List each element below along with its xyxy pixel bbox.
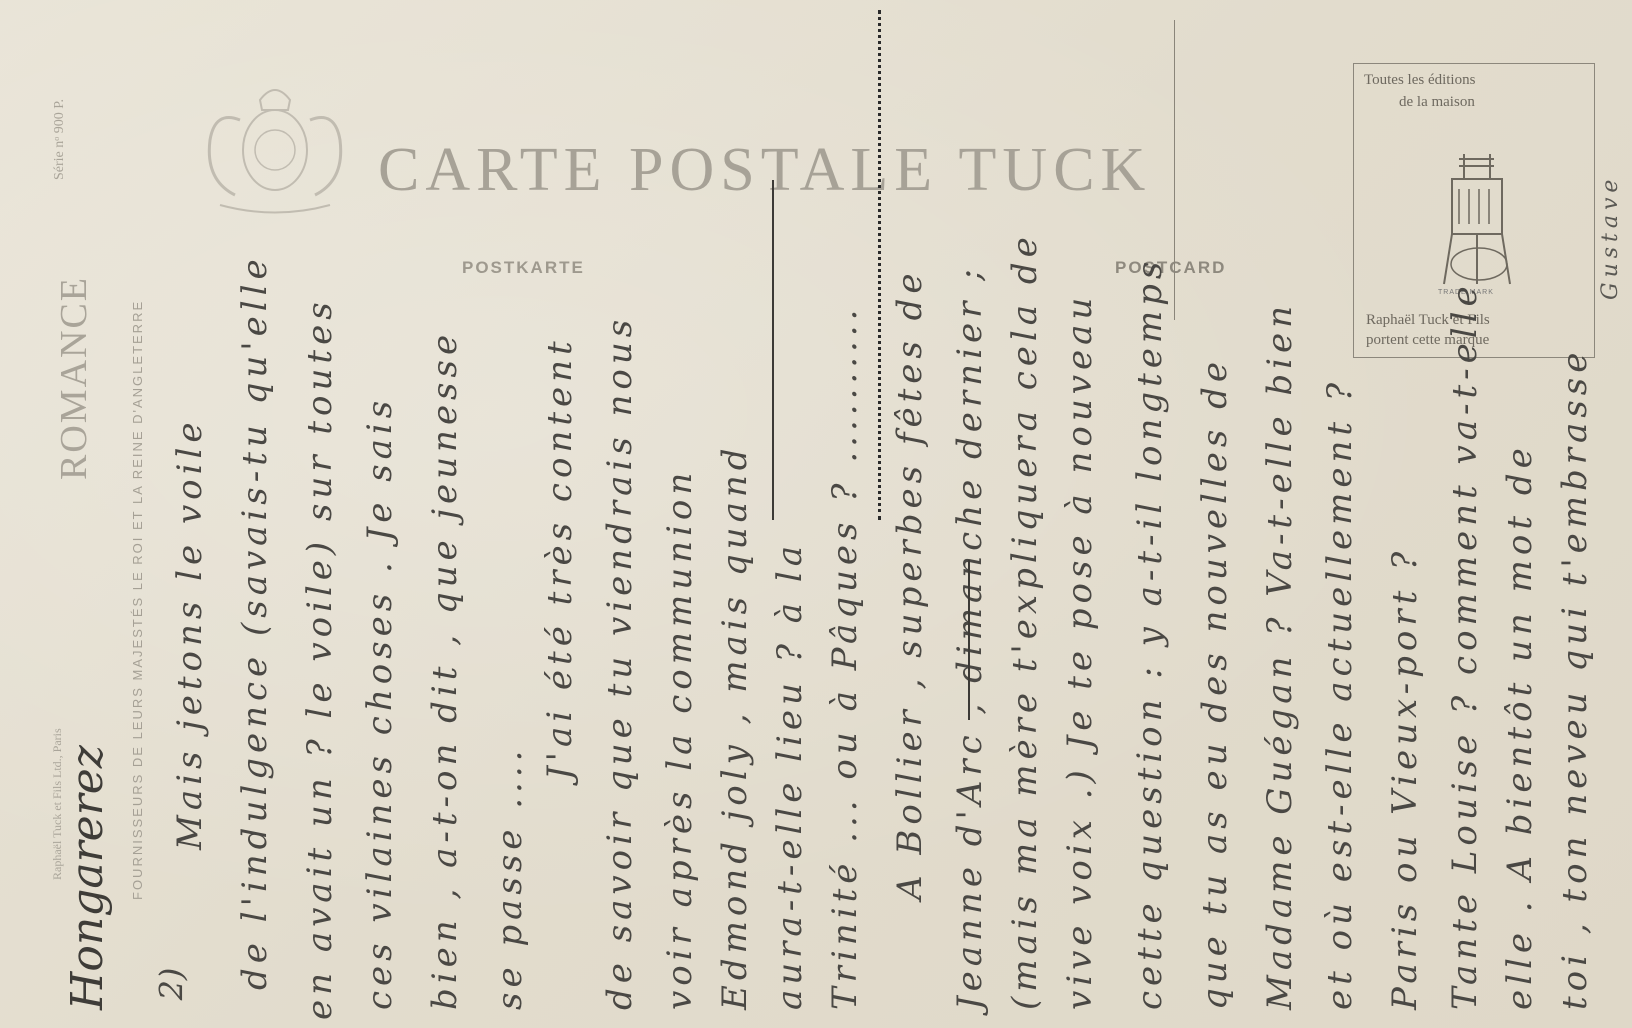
handwritten-line: Edmond joly , mais quand <box>715 443 755 1010</box>
address-divider <box>1174 20 1175 320</box>
center-divider <box>878 10 881 520</box>
royal-coat-of-arms-icon <box>180 70 370 220</box>
handwritten-line: se passe .... <box>490 746 530 1010</box>
handwritten-line: ces vilaines choses . Je sais <box>360 396 400 1010</box>
stamp-text-line2: de la maison <box>1399 94 1475 111</box>
handwritten-line: bien , a-t-on dit , que jeunesse <box>425 330 465 1010</box>
handwritten-line: de savoir que tu viendrais nous <box>600 315 640 1010</box>
page-number: 2) <box>152 968 190 1001</box>
suppliers-text: FOURNISSEURS DE LEURS MAJESTÉS LE ROI ET… <box>130 300 145 900</box>
handwritten-line: cette question : y a-t-il longtemps <box>1130 257 1170 1010</box>
handwritten-line: vive voix .) Je te pose à nouveau <box>1060 293 1100 1010</box>
stamp-text-line1: Toutes les éditions <box>1364 72 1475 89</box>
postcard-back: CARTE POSTALE TUCK POSTKARTE POSTCARD To… <box>0 0 1632 1028</box>
series-name: ROMANCE <box>52 276 96 480</box>
handwritten-line: de l'indulgence (savais-tu qu'elle <box>235 254 275 990</box>
handwritten-line: elle . A bientôt un mot de <box>1500 443 1540 1010</box>
series-number: Série nᵒ 900 P. <box>52 99 68 180</box>
handwritten-line: J'ai été très content <box>540 336 580 780</box>
handwritten-line: Madame Guégan ? Va-t-elle bien <box>1260 301 1300 1010</box>
handwritten-line: Tante Louise ? comment va-t-elle <box>1445 281 1485 1010</box>
underline-stroke <box>968 560 970 720</box>
handwritten-line: Trinité ... ou à Pâques ? .......... <box>825 305 865 1010</box>
label-postkarte: POSTKARTE <box>462 258 585 278</box>
postcard-title: CARTE POSTALE TUCK <box>378 135 1151 206</box>
handwritten-line: que tu as eu des nouvelles de <box>1195 357 1235 1010</box>
handwritten-line: en avait un ? le voile) sur toutes <box>300 297 340 1020</box>
handwritten-line: aura-t-elle lieu ? à la <box>770 541 810 1010</box>
underline-stroke <box>772 180 774 520</box>
handwritten-line: A Bollier , superbes fêtes de <box>890 269 930 901</box>
handwritten-signoff: Gustave <box>1598 175 1623 300</box>
handwritten-line: et où est-elle actuellement ? <box>1320 378 1360 1010</box>
handwritten-line: Jeanne d'Arc , dimanche dernier ; <box>950 264 990 1010</box>
easel-palette-trademark-icon <box>1434 144 1524 294</box>
handwritten-line: voir après la communion <box>660 468 700 1010</box>
handwritten-line: (mais ma mère t'expliquera cela de <box>1005 232 1045 1010</box>
handwritten-line: toi , ton neveu qui t'embrasse <box>1555 348 1595 1010</box>
handwritten-signature: Hongarerez <box>62 745 113 1010</box>
handwritten-line: Mais jetons le voile <box>170 417 210 850</box>
handwritten-line: Paris ou Vieux-port ? <box>1385 547 1425 1010</box>
